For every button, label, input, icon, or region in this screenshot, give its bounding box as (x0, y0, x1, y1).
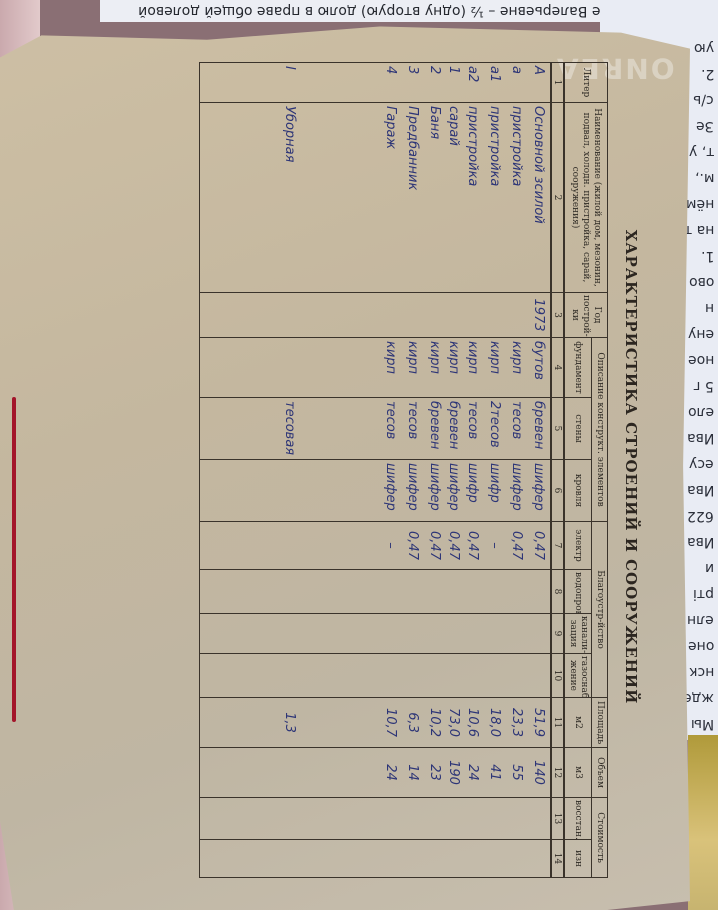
rotated-form: ХАРАКТЕРИСТИКА СТРОЕНИЙ И СООРУЖЕНИЙ Лит… (18, 52, 648, 882)
header-row-1: Литер Наименование (жилой дом, мезонин, … (592, 63, 608, 878)
cell-water (424, 570, 446, 614)
cell-volume (200, 748, 381, 798)
cell-name: Предбанник (402, 103, 424, 293)
background-text-fragment: ую (694, 40, 714, 56)
cell-foundation: кирп (506, 338, 528, 398)
cell-electric: 0,47 (446, 522, 462, 570)
cell-volume: 190 (446, 748, 462, 798)
cell-area: 1,3 (200, 698, 381, 748)
cell-gas (446, 654, 462, 698)
cell-restore (380, 798, 402, 840)
col-num: 3 (551, 293, 564, 338)
header-wear: изн (564, 840, 592, 878)
cell-sewer (462, 614, 484, 654)
cell-wear (200, 840, 381, 878)
cell-sewer (200, 614, 381, 654)
cell-gas (528, 654, 551, 698)
cell-litera: А (528, 63, 551, 103)
col-num: 10 (551, 654, 564, 698)
table-row: 3Предбанниккирптесовшифер0,476,314 (402, 63, 424, 878)
background-text-fragment: на т (684, 222, 714, 238)
table-row: апристройкакирптесовшифер0,4723,355 (506, 63, 528, 878)
background-text-fragment: с/ь (693, 92, 714, 108)
cell-foundation: бутов (528, 338, 551, 398)
form-sheet: ONREA ХАРАКТЕРИСТИКА СТРОЕНИЙ И СООРУЖЕН… (0, 22, 690, 910)
cell-roof: шифер (424, 460, 446, 522)
cell-area: 18,0 (484, 698, 506, 748)
cell-gas (484, 654, 506, 698)
cell-gas (402, 654, 424, 698)
table-row: IУборнаятесовая1,3 (200, 63, 381, 878)
cell-name: Основной зсилой (528, 103, 551, 293)
cell-gas (380, 654, 402, 698)
cell-electric: 0,47 (506, 522, 528, 570)
cell-water (506, 570, 528, 614)
cell-litera: I (200, 63, 381, 103)
cell-foundation: кирп (402, 338, 424, 398)
cell-wear (484, 840, 506, 878)
cell-restore (484, 798, 506, 840)
cell-electric (200, 522, 381, 570)
cell-restore (506, 798, 528, 840)
cell-roof: шифр (462, 460, 484, 522)
cell-year (380, 293, 402, 338)
background-text-fragment: 5 г (693, 378, 714, 394)
cell-roof: шифер (402, 460, 424, 522)
header-sewer: канали-зация (564, 614, 592, 654)
col-num: 6 (551, 460, 564, 522)
cell-area: 10,6 (462, 698, 484, 748)
cell-roof: шифер (446, 460, 462, 522)
background-text-fragment: оне (688, 638, 714, 654)
cell-name: Гараж (380, 103, 402, 293)
background-text-fragment: Ива (687, 482, 714, 498)
background-text-fragment: 1. (701, 248, 714, 264)
cell-year (200, 293, 381, 338)
table-row: 1сарайкирпбревеншифер0,4773,0190 (446, 63, 462, 878)
header-area: Площадь (592, 698, 608, 748)
background-text-fragment: елн (687, 612, 714, 628)
cell-roof: шифер (528, 460, 551, 522)
cell-electric: 0,47 (402, 522, 424, 570)
cell-wear (446, 840, 462, 878)
cell-litera: 1 (446, 63, 462, 103)
header-volume-unit: м3 (564, 748, 592, 798)
background-text-fragment: есу (689, 456, 714, 472)
cell-sewer (402, 614, 424, 654)
header-construction: Описание конструкт. элементов (592, 338, 608, 522)
table-row: а2пристройкакирптесовшифр0,4710,624 (462, 63, 484, 878)
cell-gas (200, 654, 381, 698)
buildings-table: Литер Наименование (жилой дом, мезонин, … (199, 62, 608, 878)
cell-foundation: кирп (484, 338, 506, 398)
header-foundation: фундамент (564, 338, 592, 398)
cell-year (446, 293, 462, 338)
cell-volume: 24 (462, 748, 484, 798)
cell-restore (462, 798, 484, 840)
cell-volume: 140 (528, 748, 551, 798)
cell-year (484, 293, 506, 338)
header-volume: Объем (592, 748, 608, 798)
col-num: 1 (551, 63, 564, 103)
cell-year (424, 293, 446, 338)
cell-area: 10,7 (380, 698, 402, 748)
cell-litera: а (506, 63, 528, 103)
header-electric: электр (564, 522, 592, 570)
background-text-fragment: м., (695, 170, 714, 186)
col-num: 5 (551, 398, 564, 460)
cell-sewer (528, 614, 551, 654)
cell-water (484, 570, 506, 614)
cell-year: 1973 (528, 293, 551, 338)
cell-walls: бревен (528, 398, 551, 460)
cell-roof: шифер (380, 460, 402, 522)
header-water: водопров (564, 570, 592, 614)
cell-walls: 2тесов (484, 398, 506, 460)
background-text-fragment: т, у (689, 144, 714, 160)
red-margin-mark (12, 397, 16, 722)
cell-foundation: кирп (446, 338, 462, 398)
cell-name: пристройка (484, 103, 506, 293)
background-photo-corner (688, 735, 718, 910)
cell-litera: а1 (484, 63, 506, 103)
cell-sewer (506, 614, 528, 654)
background-text-fragment: Мы (691, 716, 714, 732)
background-text-fragment: жде (683, 690, 714, 706)
cell-wear (462, 840, 484, 878)
cell-electric: – (380, 522, 402, 570)
cell-area: 10,2 (424, 698, 446, 748)
cell-water (528, 570, 551, 614)
header-cost: Стоимость (592, 798, 608, 878)
header-gas: газоснаб-жение (564, 654, 592, 698)
cell-roof: шифер (506, 460, 528, 522)
table-row: 2Банякирпбревеншифер0,4710,223 (424, 63, 446, 878)
cell-electric: 0,47 (528, 522, 551, 570)
background-text-fragment: и (705, 560, 714, 576)
cell-area: 51,9 (528, 698, 551, 748)
col-num: 12 (551, 748, 564, 798)
cell-sewer (446, 614, 462, 654)
cell-area: 6,3 (402, 698, 424, 748)
cell-water (380, 570, 402, 614)
header-walls: стены (564, 398, 592, 460)
cell-restore (424, 798, 446, 840)
cell-name: пристройка (462, 103, 484, 293)
cell-water (446, 570, 462, 614)
background-text-fragment: ово (689, 274, 714, 290)
background-text-fragment: нск (689, 664, 714, 680)
cell-year (462, 293, 484, 338)
cell-litera: 3 (402, 63, 424, 103)
header-roof: кровля (564, 460, 592, 522)
cell-foundation: кирп (380, 338, 402, 398)
cell-electric: 0,47 (462, 522, 484, 570)
header-year: Год построй-ки (564, 293, 608, 338)
cell-gas (506, 654, 528, 698)
cell-walls: тесов (506, 398, 528, 460)
table-row: а1пристройкакирп2тесовшифр–18,041 (484, 63, 506, 878)
cell-water (200, 570, 381, 614)
cell-volume: 23 (424, 748, 446, 798)
cell-area: 73,0 (446, 698, 462, 748)
header-litera: Литер (564, 63, 608, 103)
cell-walls: тесов (380, 398, 402, 460)
header-restore: восстан. (564, 798, 592, 840)
cell-year (402, 293, 424, 338)
header-improvement: Благоустр-йство (592, 522, 608, 698)
cell-name: сарай (446, 103, 462, 293)
cell-restore (402, 798, 424, 840)
background-text-fragment: Ива (687, 430, 714, 446)
cell-restore (528, 798, 551, 840)
cell-foundation: кирп (424, 338, 446, 398)
cell-name: Уборная (200, 103, 381, 293)
cell-walls: бревен (446, 398, 462, 460)
cell-wear (380, 840, 402, 878)
background-text-fragment: Зе (696, 118, 714, 134)
col-num: 8 (551, 570, 564, 614)
table-row: 4Гаражкирптесовшифер–10,724 (380, 63, 402, 878)
cell-gas (424, 654, 446, 698)
cell-roof: шифр (484, 460, 506, 522)
cell-walls: тесов (462, 398, 484, 460)
cell-wear (424, 840, 446, 878)
cell-volume: 14 (402, 748, 424, 798)
cell-wear (402, 840, 424, 878)
cell-electric: – (484, 522, 506, 570)
cell-wear (506, 840, 528, 878)
background-text-fragment: нём (686, 196, 714, 212)
cell-walls: бревен (424, 398, 446, 460)
cell-litera: 4 (380, 63, 402, 103)
cell-name: пристройка (506, 103, 528, 293)
form-title: ХАРАКТЕРИСТИКА СТРОЕНИЙ И СООРУЖЕНИЙ (622, 52, 640, 882)
cell-walls: тесовая (200, 398, 381, 460)
col-num: 11 (551, 698, 564, 748)
col-num: 7 (551, 522, 564, 570)
cell-roof (200, 460, 381, 522)
col-num: 4 (551, 338, 564, 398)
cell-volume: 55 (506, 748, 528, 798)
col-num: 9 (551, 614, 564, 654)
header-name: Наименование (жилой дом, мезонин, подвал… (564, 103, 608, 293)
cell-wear (528, 840, 551, 878)
cell-sewer (380, 614, 402, 654)
col-num: 14 (551, 840, 564, 878)
cell-volume: 41 (484, 748, 506, 798)
cell-restore (446, 798, 462, 840)
background-text-fragment: рті (693, 586, 714, 602)
background-text-fragment: 2. (701, 66, 714, 82)
cell-name: Баня (424, 103, 446, 293)
cell-foundation: кирп (462, 338, 484, 398)
cell-litera: а2 (462, 63, 484, 103)
cell-restore (200, 798, 381, 840)
col-num: 13 (551, 798, 564, 840)
cell-sewer (484, 614, 506, 654)
background-text-fragment: н (705, 300, 714, 316)
column-number-row: 1 2 3 4 5 6 7 8 9 10 11 12 13 14 (551, 63, 564, 878)
cell-walls: тесов (402, 398, 424, 460)
cell-gas (462, 654, 484, 698)
cell-volume: 24 (380, 748, 402, 798)
background-text-fragment: ену (688, 326, 714, 342)
cell-year (506, 293, 528, 338)
background-text-fragment: ное (688, 352, 714, 368)
background-text-fragment: ело (688, 404, 714, 420)
cell-water (402, 570, 424, 614)
header-area-unit: м2 (564, 698, 592, 748)
cell-sewer (424, 614, 446, 654)
background-text-fragment: Ива (687, 534, 714, 550)
cell-electric: 0,47 (424, 522, 446, 570)
cell-foundation (200, 338, 381, 398)
cell-litera: 2 (424, 63, 446, 103)
cell-water (462, 570, 484, 614)
background-text-fragment: 622 (687, 508, 714, 524)
col-num: 2 (551, 103, 564, 293)
cell-area: 23,3 (506, 698, 528, 748)
table-row: АОсновной зсилой1973бутовбревеншифер0,47… (528, 63, 551, 878)
